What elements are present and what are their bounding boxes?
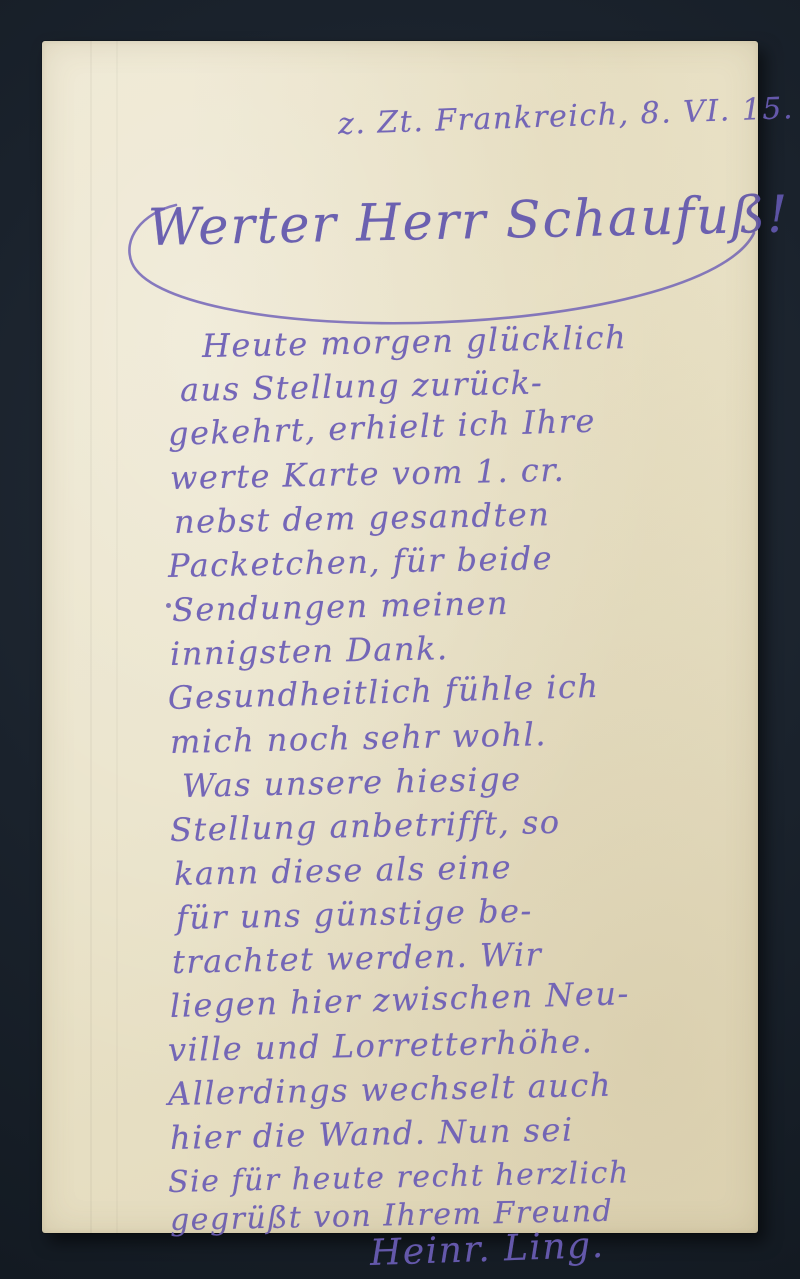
handwriting-line: Heute morgen glücklich <box>202 318 628 365</box>
handwriting-line: werte Karte vom 1. cr. <box>170 451 566 497</box>
handwriting-line: ville und Lorretterhöhe. <box>168 1022 594 1069</box>
handwriting-line: Sie für heute recht herzlich <box>168 1155 630 1200</box>
handwriting-line: nebst dem gesandten <box>174 495 551 541</box>
handwriting-line: gekehrt, erhielt ich Ihre <box>167 402 596 453</box>
dateline: z. Zt. Frankreich, 8. VI. 15. <box>337 91 794 142</box>
handwriting-line: aus Stellung zurück- <box>180 363 544 409</box>
handwriting-line: Gesundheitlich fühle ich <box>167 667 600 717</box>
handwriting-line: Allerdings wechselt auch <box>168 1066 613 1113</box>
scan-background: z. Zt. Frankreich, 8. VI. 15. Werter Her… <box>0 0 800 1279</box>
salutation: Werter Herr Schaufuß! <box>147 186 790 258</box>
handwriting-line: für uns günstige be- <box>176 892 533 937</box>
handwriting-line: hier die Wand. Nun sei <box>170 1111 574 1157</box>
handwriting-line: trachtet werden. Wir <box>172 935 543 981</box>
handwriting-line: kann diese als eine <box>174 848 513 893</box>
handwriting-line: Stellung anbetrifft, so <box>170 803 561 849</box>
handwriting-line: liegen hier zwischen Neu- <box>169 974 630 1025</box>
handwriting-line: innigsten Dank. <box>170 629 449 673</box>
handwriting-line: Sendungen meinen <box>172 584 510 629</box>
handwriting-line: Packetchen, für beide <box>168 539 554 585</box>
postcard: z. Zt. Frankreich, 8. VI. 15. Werter Her… <box>42 41 758 1233</box>
handwriting-line: Was unsere hiesige <box>182 760 522 805</box>
signature: Heinr. Ling. <box>369 1225 605 1274</box>
handwriting-line: mich noch sehr wohl. <box>170 715 548 761</box>
